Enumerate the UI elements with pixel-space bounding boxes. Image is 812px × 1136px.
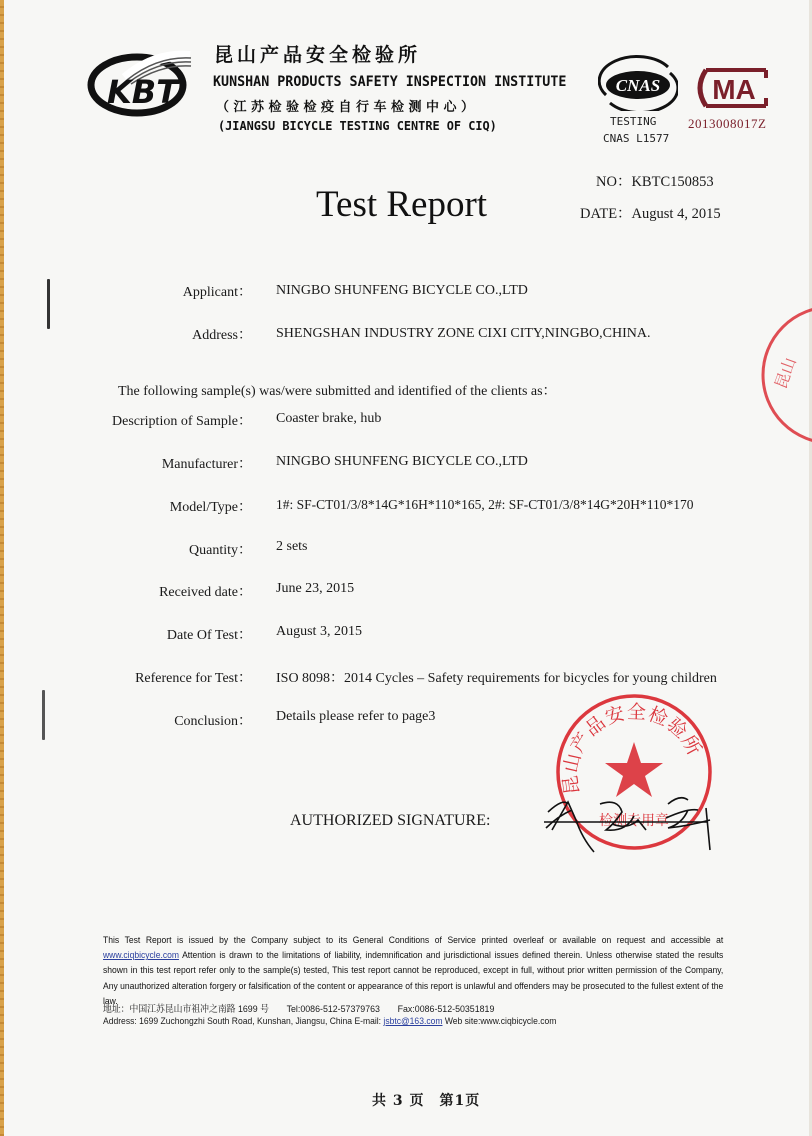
- cma-number: 2013008017Z: [688, 116, 766, 132]
- manufacturer-value: NINGBO SHUNFENG BICYCLE CO.,LTD: [276, 454, 528, 470]
- binder-mark-top: [47, 279, 50, 329]
- quantity-value: 2 sets: [276, 539, 308, 555]
- description-value: Coaster brake, hub: [276, 411, 381, 427]
- model-label: Model/Type：: [170, 496, 252, 516]
- disclaimer-text: This Test Report is issued by the Compan…: [103, 933, 723, 1009]
- received-date-value: June 23, 2015: [276, 581, 354, 597]
- binder-mark-bottom: [42, 690, 45, 740]
- conclusion-value: Details please refer to page3: [276, 709, 435, 725]
- partial-seal-icon: 昆山: [755, 300, 812, 450]
- authorized-signature-label: AUTHORIZED SIGNATURE:: [290, 812, 490, 830]
- address-label: Address：: [192, 324, 252, 344]
- svg-text:CNAS: CNAS: [616, 76, 660, 95]
- address-value: SHENGSHAN INDUSTRY ZONE CIXI CITY,NINGBO…: [276, 326, 651, 342]
- applicant-value: NINGBO SHUNFENG BICYCLE CO.,LTD: [276, 283, 528, 299]
- intro-text: The following sample(s) was/were submitt…: [118, 380, 557, 400]
- cnas-testing-label: TESTING: [610, 115, 656, 128]
- svg-text:KBT: KBT: [107, 73, 180, 111]
- description-label: Description of Sample：: [112, 410, 252, 430]
- test-date-label: Date Of Test：: [167, 624, 252, 644]
- applicant-label: Applicant：: [183, 281, 252, 301]
- institute-name-cn: 昆山产品安全检验所: [214, 40, 421, 67]
- website-link[interactable]: www.ciqbicycle.com: [103, 950, 179, 960]
- svg-text:昆山: 昆山: [771, 355, 800, 392]
- handwritten-signature: [538, 790, 728, 860]
- report-number: NO：KBTC150853: [596, 170, 714, 191]
- reference-label: Reference for Test：: [135, 667, 252, 687]
- institute-name-en: KUNSHAN PRODUCTS SAFETY INSPECTION INSTI…: [213, 74, 566, 90]
- centre-name-cn: （江苏检验检疫自行车检测中心）: [216, 96, 479, 115]
- quantity-label: Quantity：: [189, 539, 252, 559]
- reference-value: ISO 8098：2014 Cycles – Safety requiremen…: [276, 667, 717, 687]
- kbt-logo-icon: KBT: [85, 48, 195, 118]
- cnas-logo-icon: CNAS: [598, 55, 678, 111]
- email-link[interactable]: jsbtc@163.com: [383, 1016, 442, 1027]
- disclaimer-part-1: This Test Report is issued by the Compan…: [103, 935, 723, 945]
- page-number: 共 3 页 第1页: [372, 1090, 480, 1110]
- model-value: 1#: SF-CT01/3/8*14G*16H*110*165, 2#: SF-…: [276, 497, 694, 513]
- test-date-value: August 3, 2015: [276, 624, 362, 640]
- centre-name-en: (JIANGSU BICYCLE TESTING CENTRE OF CIQ): [218, 118, 497, 133]
- website-text: Web site:www.ciqbicycle.com: [442, 1016, 556, 1027]
- cma-logo-icon: MA: [692, 66, 774, 110]
- conclusion-label: Conclusion：: [174, 710, 252, 730]
- svg-text:MA: MA: [712, 74, 756, 105]
- manufacturer-label: Manufacturer：: [162, 453, 252, 473]
- paper-edge: [0, 0, 4, 1136]
- page-title: Test Report: [316, 183, 487, 226]
- disclaimer-part-2: Attention is drawn to the limitations of…: [103, 950, 723, 1006]
- cnas-number: CNAS L1577: [603, 132, 669, 145]
- report-date: DATE：August 4, 2015: [580, 202, 721, 223]
- received-date-label: Received date：: [159, 581, 252, 601]
- address-en-text: Address: 1699 Zuchongzhi South Road, Kun…: [103, 1016, 383, 1027]
- address-cn: 地址：中国江苏昆山市祖冲之南路 1699 号 Tel:0086-512-5737…: [103, 1001, 494, 1015]
- address-en: Address: 1699 Zuchongzhi South Road, Kun…: [103, 1016, 556, 1027]
